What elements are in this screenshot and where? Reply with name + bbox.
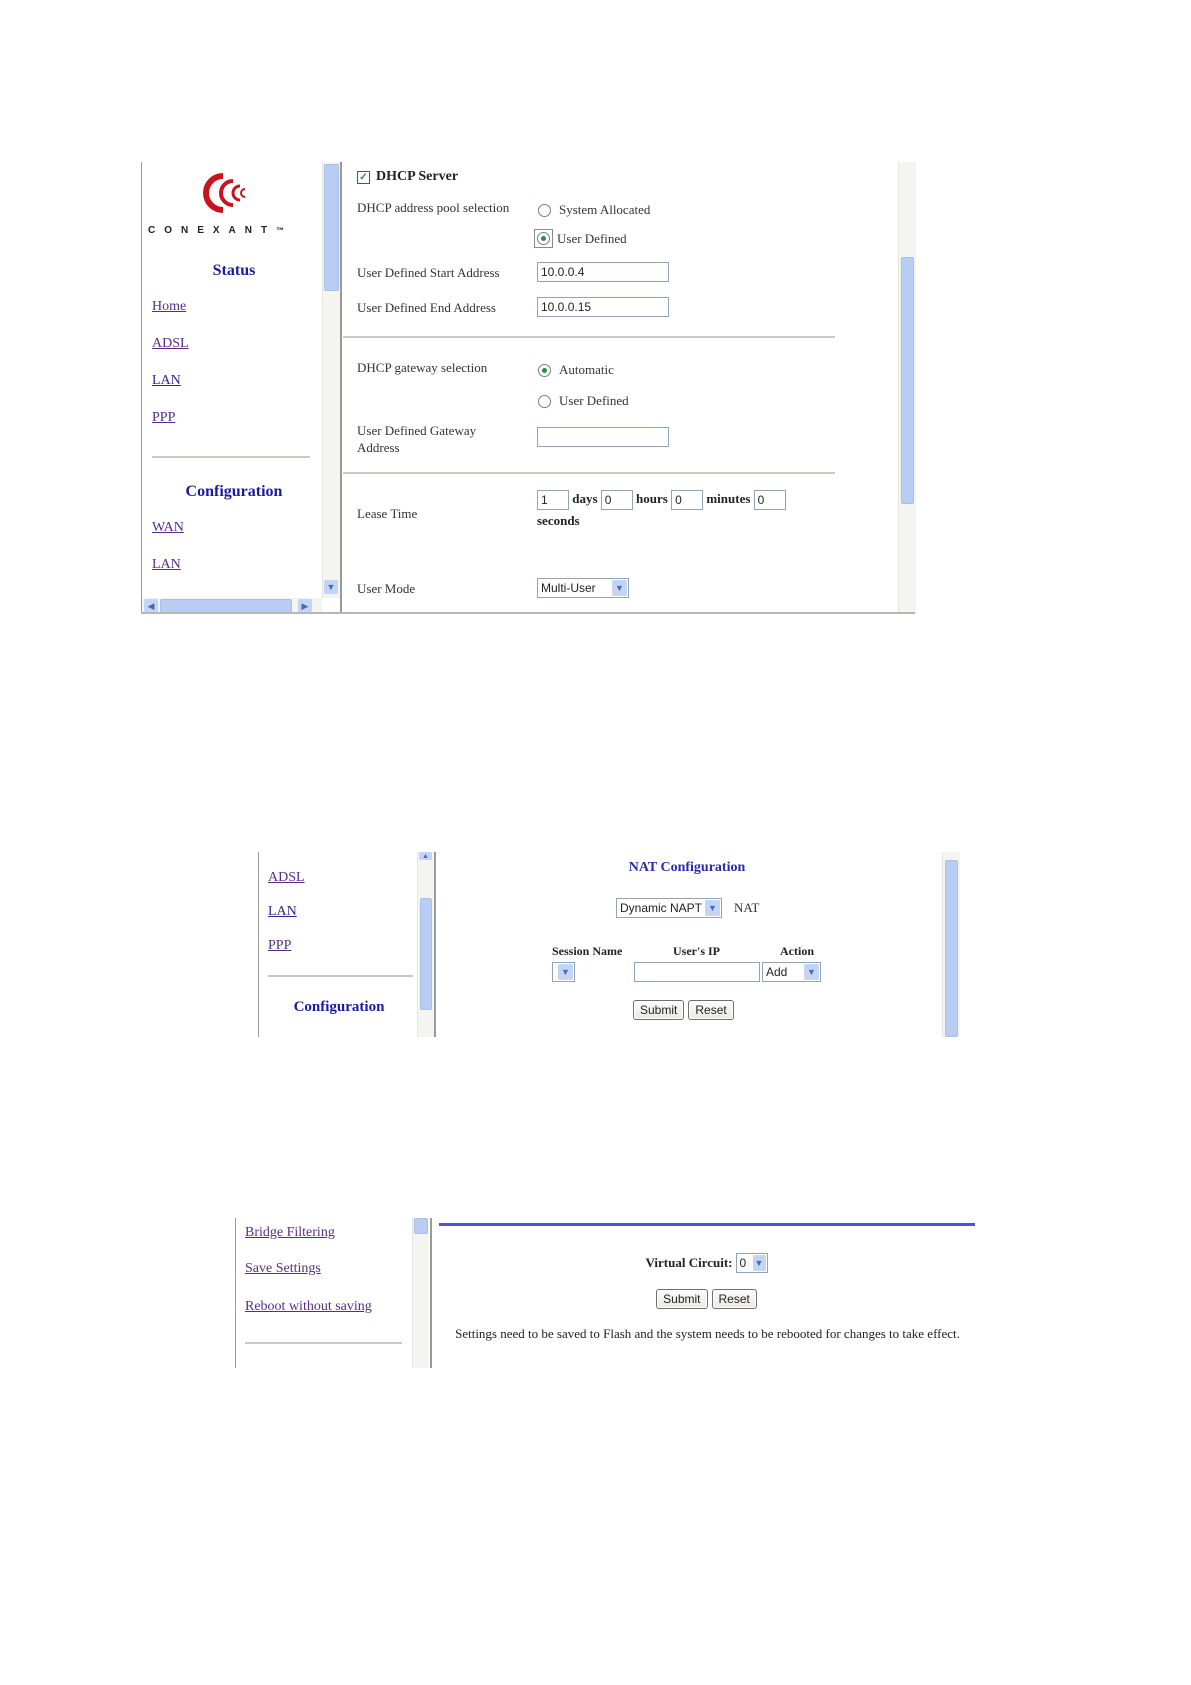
nav-link-ppp[interactable]: PPP <box>152 410 175 426</box>
user-mode-label: User Mode <box>357 581 415 597</box>
save-buttons: Submit Reset <box>433 1289 980 1309</box>
conexant-c-logo-icon <box>193 172 257 214</box>
chevron-down-icon: ▼ <box>753 1255 766 1271</box>
dhcp-server-checkbox[interactable]: ✓ <box>357 171 370 184</box>
sidebar-vertical-scrollbar[interactable]: ▼ <box>322 162 340 598</box>
chevron-down-icon: ▼ <box>612 580 627 596</box>
nav-divider <box>152 456 310 458</box>
gateway-address-label: User Defined Gateway Address <box>357 422 476 456</box>
nav-heading-status: Status <box>142 262 326 280</box>
frame-divider <box>340 162 342 614</box>
scroll-down-arrow-icon[interactable]: ▼ <box>324 580 338 594</box>
sidebar-frame: Bridge Filtering Save Settings Reboot wi… <box>236 1218 406 1368</box>
nav-heading-configuration: Configuration <box>259 999 419 1016</box>
end-address-input[interactable] <box>537 297 669 317</box>
nav-link-config-lan[interactable]: LAN <box>152 557 181 573</box>
dhcp-server-checkbox-row[interactable]: ✓ DHCP Server <box>357 169 458 185</box>
lease-time-fields: days hours minutes seconds <box>537 488 827 532</box>
nat-form: NAT Configuration Dynamic NAPT ▼ NAT Ses… <box>437 852 937 1037</box>
frame-divider <box>430 1218 432 1368</box>
column-session-name: Session Name <box>552 944 622 959</box>
scroll-thumb[interactable] <box>945 860 958 1037</box>
lease-seconds-input[interactable] <box>754 490 786 510</box>
radio-button[interactable] <box>538 395 551 408</box>
chevron-down-icon: ▼ <box>705 900 720 916</box>
scroll-thumb[interactable] <box>901 257 914 504</box>
scroll-left-arrow-icon[interactable]: ◀ <box>144 599 158 613</box>
gateway-address-input[interactable] <box>537 427 669 447</box>
chevron-down-icon: ▼ <box>804 964 819 980</box>
scroll-thumb[interactable] <box>324 164 339 291</box>
sidebar-frame: ADSL LAN PPP Configuration <box>259 852 419 1037</box>
nat-title: NAT Configuration <box>437 860 937 876</box>
column-action: Action <box>780 944 814 959</box>
nav-link-ppp[interactable]: PPP <box>268 938 291 954</box>
nav-link-adsl[interactable]: ADSL <box>268 870 305 886</box>
main-vertical-scrollbar[interactable] <box>898 162 916 614</box>
lease-days-input[interactable] <box>537 490 569 510</box>
nav-divider <box>268 975 413 977</box>
save-settings-form: Virtual Circuit: 0 ▼ Submit Reset Settin… <box>433 1218 980 1368</box>
screenshot-dhcp-settings: CONEXANT™ Status Home ADSL LAN PPP Confi… <box>141 162 915 614</box>
main-vertical-scrollbar[interactable] <box>942 852 960 1037</box>
session-name-select[interactable]: ▼ <box>552 962 575 982</box>
start-address-label: User Defined Start Address <box>357 265 500 281</box>
scroll-right-arrow-icon[interactable]: ▶ <box>298 599 312 613</box>
dhcp-form: ✓ DHCP Server DHCP address pool selectio… <box>343 162 898 614</box>
start-address-input[interactable] <box>537 262 669 282</box>
submit-button[interactable]: Submit <box>633 1000 684 1020</box>
pool-selection-label: DHCP address pool selection <box>357 200 509 216</box>
radio-button[interactable] <box>538 204 551 217</box>
virtual-circuit-row: Virtual Circuit: 0 ▼ <box>433 1253 980 1273</box>
nav-link-bridge-filtering[interactable]: Bridge Filtering <box>245 1225 335 1241</box>
nav-link-home[interactable]: Home <box>152 299 186 315</box>
nat-mode-row: Dynamic NAPT ▼ NAT <box>616 898 759 918</box>
reset-button[interactable]: Reset <box>688 1000 733 1020</box>
virtual-circuit-select[interactable]: 0 ▼ <box>736 1253 768 1273</box>
sidebar-vertical-scrollbar[interactable]: ▲ <box>417 852 434 1037</box>
lease-minutes-input[interactable] <box>671 490 703 510</box>
column-users-ip: User's IP <box>673 944 720 959</box>
users-ip-input[interactable] <box>634 962 760 982</box>
radio-button[interactable] <box>537 232 550 245</box>
scroll-thumb[interactable] <box>160 599 292 613</box>
frame-divider <box>434 852 436 1037</box>
section-divider <box>343 472 835 474</box>
reset-button[interactable]: Reset <box>712 1289 757 1309</box>
sidebar-frame: CONEXANT™ Status Home ADSL LAN PPP Confi… <box>142 162 326 598</box>
lease-hours-input[interactable] <box>601 490 633 510</box>
dhcp-server-label: DHCP Server <box>376 169 458 185</box>
submit-button[interactable]: Submit <box>656 1289 707 1309</box>
action-select[interactable]: Add ▼ <box>762 962 821 982</box>
nav-link-lan[interactable]: LAN <box>268 904 297 920</box>
scroll-thumb[interactable] <box>420 898 432 1010</box>
user-mode-select[interactable]: Multi-User ▼ <box>537 578 629 598</box>
scroll-thumb[interactable] <box>414 1218 428 1234</box>
end-address-label: User Defined End Address <box>357 300 496 316</box>
nav-link-wan[interactable]: WAN <box>152 520 184 536</box>
radio-automatic[interactable]: Automatic <box>538 362 614 378</box>
nat-buttons: Submit Reset <box>633 1000 734 1020</box>
nav-link-reboot-without-saving[interactable]: Reboot without saving <box>245 1299 372 1315</box>
nav-divider <box>245 1342 402 1344</box>
brand-wordmark: CONEXANT™ <box>148 225 328 236</box>
save-notice: Settings need to be saved to Flash and t… <box>435 1325 980 1342</box>
chevron-down-icon: ▼ <box>558 964 573 980</box>
screenshot-save-settings: Bridge Filtering Save Settings Reboot wi… <box>235 1218 980 1368</box>
nav-heading-configuration: Configuration <box>142 483 326 501</box>
nav-link-save-settings[interactable]: Save Settings <box>245 1261 321 1277</box>
scroll-up-arrow-icon[interactable]: ▲ <box>419 852 432 860</box>
nav-link-lan[interactable]: LAN <box>152 373 181 389</box>
radio-user-defined-gateway[interactable]: User Defined <box>538 393 629 409</box>
nat-mode-select[interactable]: Dynamic NAPT ▼ <box>616 898 722 918</box>
nav-link-adsl[interactable]: ADSL <box>152 336 189 352</box>
radio-button[interactable] <box>538 364 551 377</box>
sidebar-vertical-scrollbar[interactable] <box>412 1218 429 1368</box>
screenshot-nat-configuration: ADSL LAN PPP Configuration ▲ NAT Configu… <box>258 852 959 1037</box>
radio-user-defined-pool[interactable]: User Defined <box>534 229 627 248</box>
lease-time-label: Lease Time <box>357 506 417 522</box>
header-rule <box>439 1223 975 1226</box>
gateway-selection-label: DHCP gateway selection <box>357 360 487 376</box>
section-divider <box>343 336 835 338</box>
radio-system-allocated[interactable]: System Allocated <box>538 202 650 218</box>
